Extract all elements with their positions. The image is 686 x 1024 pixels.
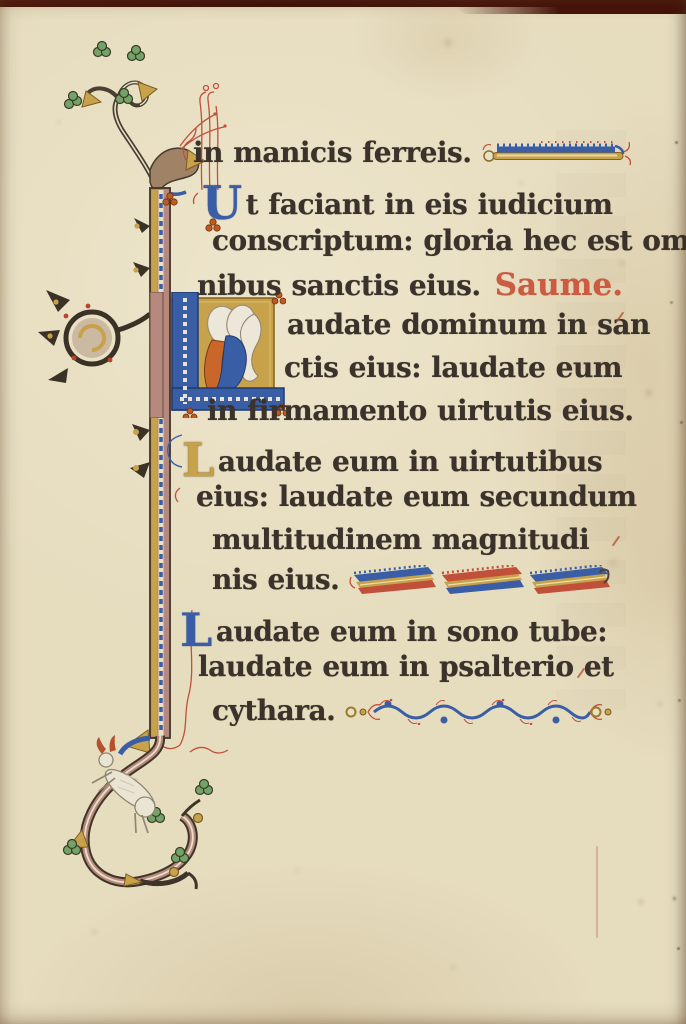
verse-text: eius: laudate eum secundum (196, 480, 636, 514)
verse-text: laudate eum in psalterio et (198, 650, 614, 684)
pen-initial-L-gold: L (182, 442, 214, 479)
ivy-leaf-icon (65, 42, 145, 109)
manuscript-page: in manicis ferreis. U t faciant in eis i… (0, 0, 686, 1024)
verse-text: nis eius. (212, 563, 339, 597)
verse-text: in manicis ferreis. (193, 136, 472, 170)
verse-text: cythara. (212, 694, 335, 728)
verse-text: nibus sanctis eius. (197, 269, 481, 303)
pen-initial-L-blue: L (180, 612, 212, 649)
rubric-psalm-heading: Saume. (495, 268, 623, 302)
verse-text: audate dominum in san (287, 308, 650, 342)
verse-text: audate eum in uirtutibus (218, 445, 602, 479)
pen-initial-U: U (202, 185, 242, 222)
text-line-11: nis eius. (212, 563, 610, 597)
binding-edge-corner (456, 0, 686, 14)
text-line-13: laudate eum in psalterio et (198, 650, 614, 684)
text-line-1: in manicis ferreis. (193, 136, 631, 170)
page-edge-speckles (0, 0, 1, 1)
text-line-14: cythara. (212, 694, 616, 728)
text-line-8: L audate eum in uirtutibus (182, 437, 602, 479)
verse-text: ctis eius: laudate eum (284, 351, 622, 385)
text-line-7: in firmamento uirtutis eius. (207, 394, 634, 428)
text-line-10: multitudinem magnitudi (212, 523, 589, 557)
chevron-line-filler (348, 565, 610, 595)
text-line-3: conscriptum: gloria hec est om (212, 224, 686, 258)
verse-text: multitudinem magnitudi (212, 523, 589, 557)
text-line-2: U t faciant in eis iudicium (202, 180, 612, 222)
vine-line-filler (344, 697, 616, 725)
text-line-12: L audate eum in sono tube: (180, 607, 607, 649)
text-line-9: eius: laudate eum secundum (196, 480, 636, 514)
border-bar (133, 188, 170, 738)
verse-text: audate eum in sono tube: (216, 615, 607, 649)
spiral-knot (38, 290, 150, 383)
gold-bar-line-filler (481, 140, 631, 166)
text-line-5: audate dominum in san (287, 308, 650, 342)
angel-with-scroll-icon (203, 302, 261, 390)
text-line-6: ctis eius: laudate eum (284, 351, 622, 385)
verse-text: t faciant in eis iudicium (246, 188, 613, 222)
text-line-4: nibus sanctis eius. Saume. (197, 268, 623, 303)
verse-text: conscriptum: gloria hec est om (212, 224, 686, 258)
ruling-line (596, 846, 598, 938)
verse-text: in firmamento uirtutis eius. (207, 394, 634, 428)
